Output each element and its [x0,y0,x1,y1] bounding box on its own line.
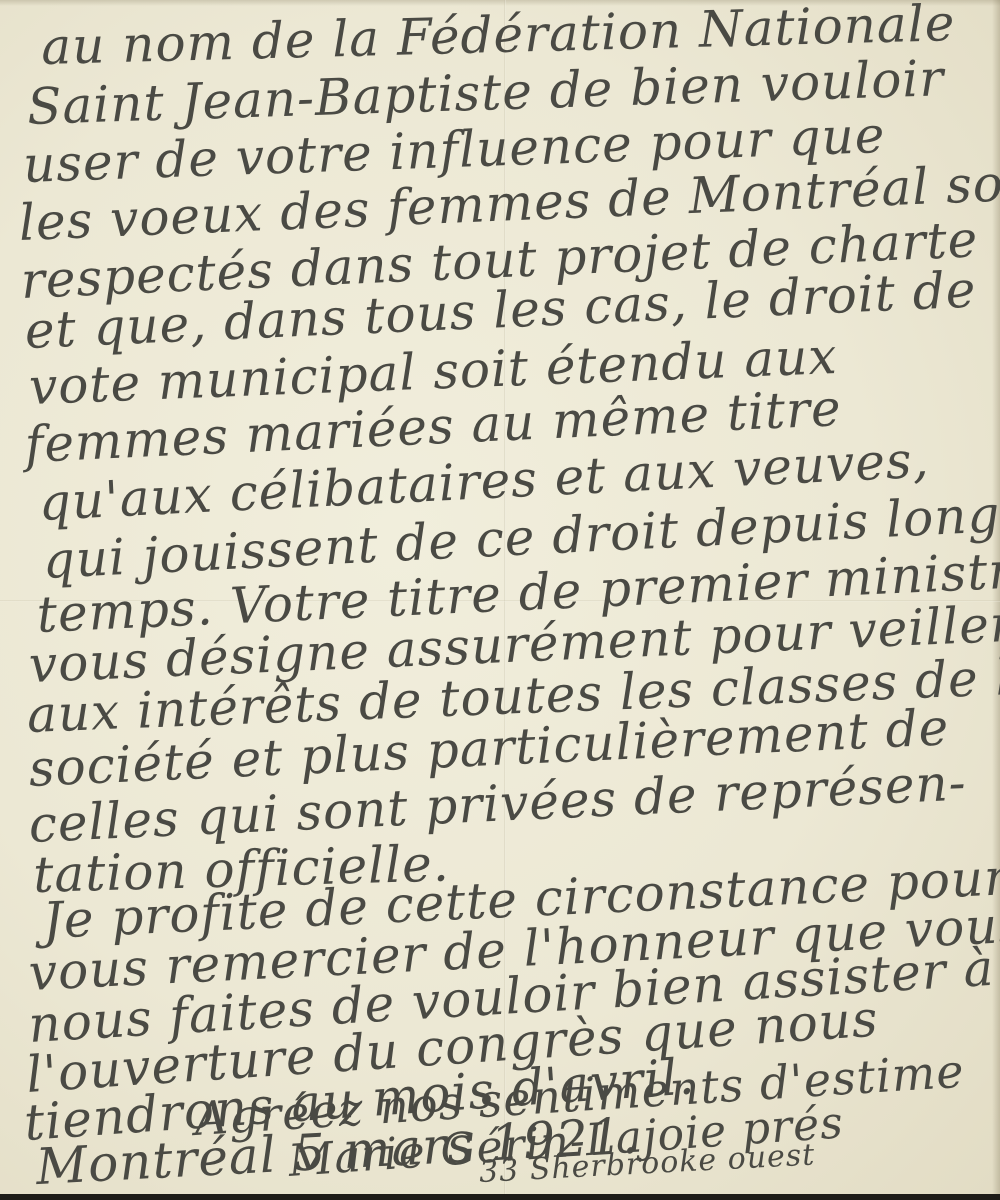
letter-page: au nom de la Fédération Nationale Saint … [0,0,1000,1194]
